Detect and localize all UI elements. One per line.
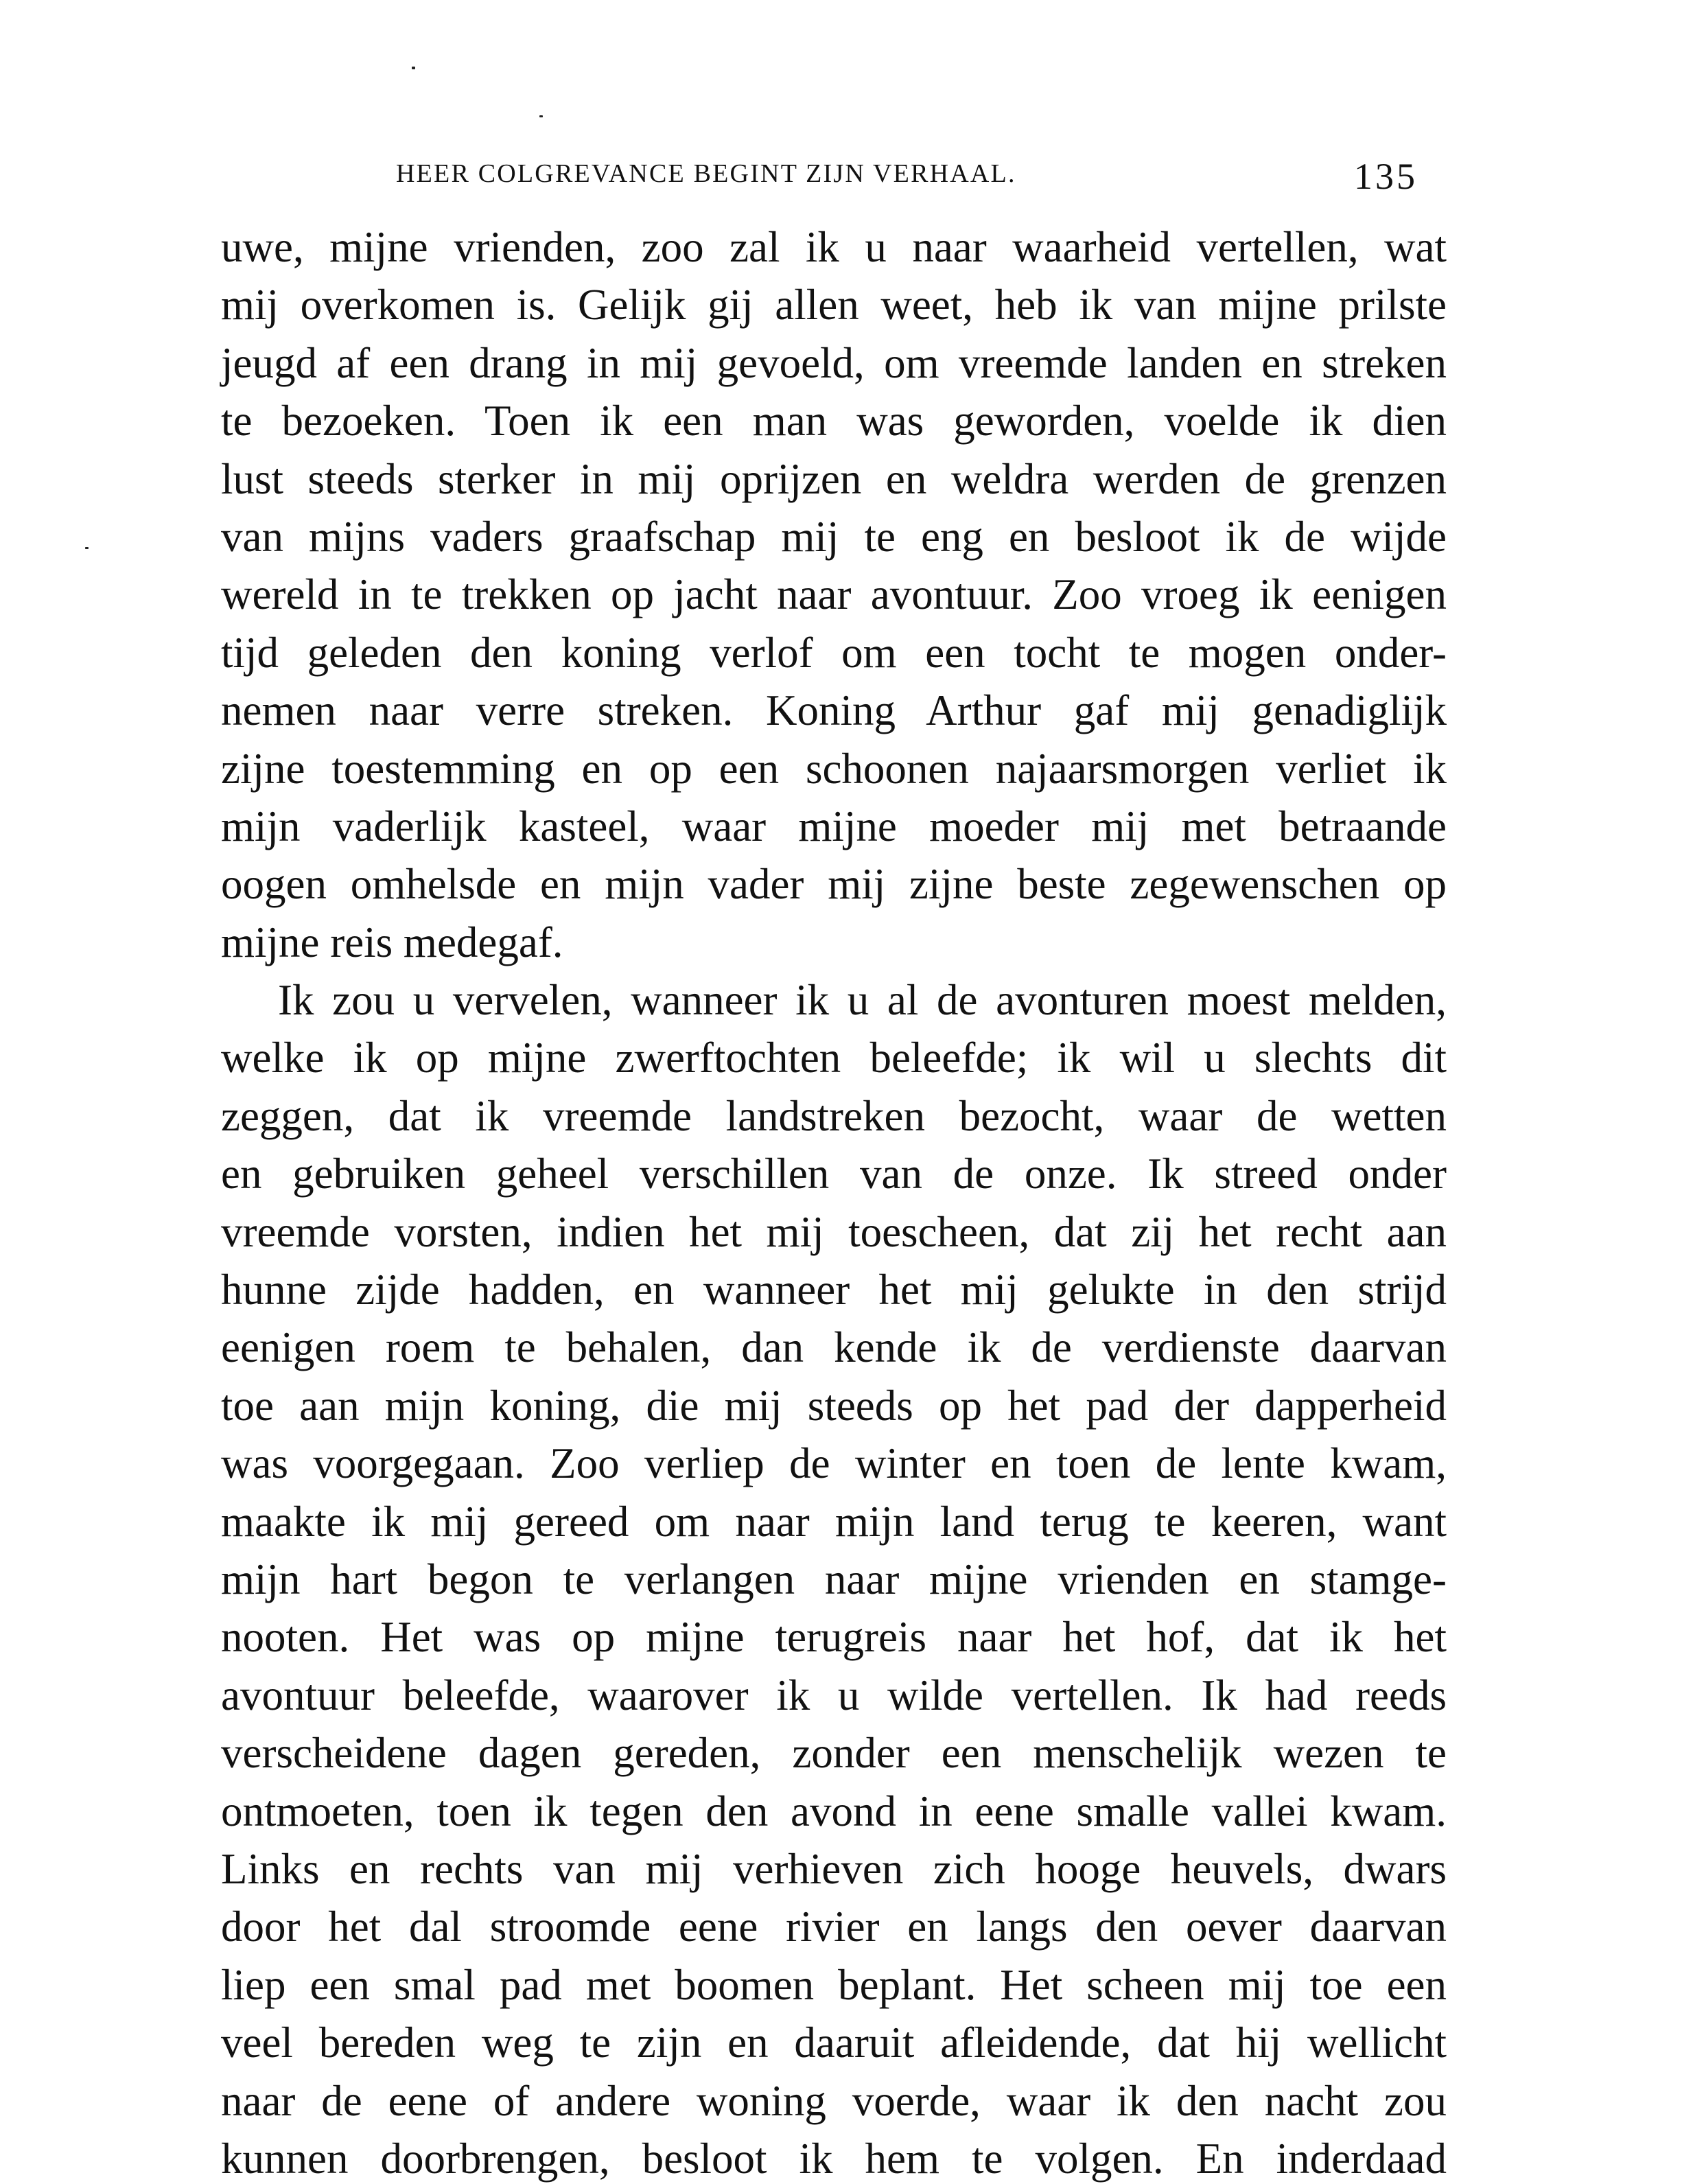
text-line: was voorgegaan. Zoo verliep de winter en… bbox=[221, 1434, 1447, 1492]
paragraph: uwe, mijne vrienden, zoo zal ik u naar w… bbox=[221, 218, 1447, 971]
text-line: vreemde vorsten, indien het mij toeschee… bbox=[221, 1203, 1447, 1261]
text-line: zijne toestemming en op een schoonen naj… bbox=[221, 740, 1447, 798]
text-line: nemen naar verre streken. Koning Arthur … bbox=[221, 682, 1447, 739]
text-line: te bezoeken. Toen ik een man was geworde… bbox=[221, 392, 1447, 450]
text-line: mijn vaderlijk kasteel, waar mijne moede… bbox=[221, 798, 1447, 855]
paragraph: Ik zou u vervelen, wanneer ik u al de av… bbox=[221, 971, 1447, 2184]
body-text: uwe, mijne vrienden, zoo zal ik u naar w… bbox=[221, 218, 1447, 2184]
text-line: door het dal stroomde eene rivier en lan… bbox=[221, 1898, 1447, 1955]
text-line: toe aan mijn koning, die mij steeds op h… bbox=[221, 1377, 1447, 1434]
text-line: maakte ik mij gereed om naar mijn land t… bbox=[221, 1493, 1447, 1550]
text-line: en gebruiken geheel verschillen van de o… bbox=[221, 1145, 1447, 1203]
text-line: hunne zijde hadden, en wanneer het mij g… bbox=[221, 1261, 1447, 1318]
scan-speck bbox=[539, 115, 543, 117]
text-line: lust steeds sterker in mij oprijzen en w… bbox=[221, 450, 1447, 508]
text-line: veel bereden weg te zijn en daaruit afle… bbox=[221, 2014, 1447, 2071]
text-line: Ik zou u vervelen, wanneer ik u al de av… bbox=[221, 971, 1447, 1029]
scan-speck bbox=[412, 67, 415, 69]
running-head-title: HEER COLGREVANCE BEGINT ZIJN VERHAAL. bbox=[396, 156, 1016, 191]
text-line: kunnen doorbrengen, besloot ik hem te vo… bbox=[221, 2130, 1447, 2184]
text-line: mijne reis medegaf. bbox=[221, 914, 1447, 971]
page-number: 135 bbox=[1354, 159, 1418, 194]
text-line: uwe, mijne vrienden, zoo zal ik u naar w… bbox=[221, 218, 1447, 276]
text-line: eenigen roem te behalen, dan kende ik de… bbox=[221, 1318, 1447, 1376]
text-line: verscheidene dagen gereden, zonder een m… bbox=[221, 1724, 1447, 1782]
running-header: HEER COLGREVANCE BEGINT ZIJN VERHAAL. 13… bbox=[221, 156, 1447, 191]
book-page: HEER COLGREVANCE BEGINT ZIJN VERHAAL. 13… bbox=[0, 0, 1682, 2184]
text-line: mijn hart begon te verlangen naar mijne … bbox=[221, 1550, 1447, 1608]
text-line: nooten. Het was op mijne terugreis naar … bbox=[221, 1608, 1447, 1666]
text-line: Links en rechts van mij verhieven zich h… bbox=[221, 1840, 1447, 1898]
text-line: liep een smal pad met boomen beplant. He… bbox=[221, 1956, 1447, 2014]
text-line: zeggen, dat ik vreemde landstreken bezoc… bbox=[221, 1087, 1447, 1145]
text-line: welke ik op mijne zwerftochten beleefde;… bbox=[221, 1029, 1447, 1087]
text-line: naar de eene of andere woning voerde, wa… bbox=[221, 2072, 1447, 2130]
text-line: oogen omhelsde en mijn vader mij zijne b… bbox=[221, 855, 1447, 913]
text-line: avontuur beleefde, waarover ik u wilde v… bbox=[221, 1666, 1447, 1724]
text-line: tijd geleden den koning verlof om een to… bbox=[221, 624, 1447, 682]
scan-speck bbox=[85, 547, 89, 549]
text-line: jeugd af een drang in mij gevoeld, om vr… bbox=[221, 334, 1447, 392]
text-line: ontmoeten, toen ik tegen den avond in ee… bbox=[221, 1782, 1447, 1840]
text-line: wereld in te trekken op jacht naar avont… bbox=[221, 566, 1447, 623]
text-line: van mijns vaders graafschap mij te eng e… bbox=[221, 508, 1447, 566]
text-line: mij overkomen is. Gelijk gij allen weet,… bbox=[221, 276, 1447, 334]
